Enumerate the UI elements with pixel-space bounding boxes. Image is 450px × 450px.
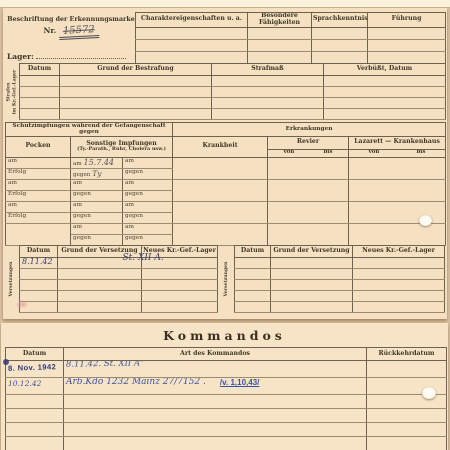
revier-empty-cell bbox=[268, 201, 349, 223]
kommandos-header-row: Datum Art des Kommandos Rückkehrdatum bbox=[6, 348, 447, 361]
lager-label: Lager: bbox=[7, 52, 34, 61]
empty-cell bbox=[271, 302, 353, 313]
impfungen-table: Schutzimpfungen während der Gefangenscha… bbox=[5, 122, 446, 246]
empty-cell bbox=[271, 269, 353, 280]
col-pocken: Pocken bbox=[6, 136, 71, 157]
am-label: am bbox=[123, 179, 173, 190]
hole-punch-upper bbox=[419, 215, 432, 226]
empty-cell bbox=[324, 98, 446, 109]
impf-row-7: am am bbox=[6, 223, 446, 234]
kdo-datum-2-cell: 10.12.42 bbox=[6, 378, 64, 395]
paper-edge-top bbox=[0, 0, 450, 8]
empty-cell bbox=[324, 76, 446, 87]
krankheit-empty-cell bbox=[173, 179, 268, 201]
empty-cell bbox=[367, 361, 447, 378]
empty-row bbox=[235, 269, 445, 280]
empty-cell bbox=[142, 269, 218, 280]
gegen-label: gegen bbox=[71, 190, 123, 201]
empty-cell bbox=[271, 258, 353, 269]
gegen-label: gegen bbox=[123, 212, 173, 223]
empty-cell bbox=[64, 395, 367, 409]
versetz-header-row: Datum Grund der Versetzung Neues Kr.-Gef… bbox=[20, 246, 218, 258]
empty-cell bbox=[353, 302, 445, 313]
empty-cell bbox=[271, 280, 353, 291]
empty-cell bbox=[235, 291, 271, 302]
versetzungen-side-label: Versetzungen bbox=[224, 262, 230, 297]
empty-cell bbox=[64, 409, 367, 423]
sonstige1-am-cell: am 15.7.44 bbox=[71, 157, 123, 168]
empty-cell bbox=[20, 269, 58, 280]
sonstige2-gegen-label: gegen bbox=[123, 168, 173, 179]
versetzungen-side-label-wrap-right: Versetzungen bbox=[220, 245, 234, 313]
empty-cell bbox=[20, 87, 60, 98]
revier-bis-label: bis bbox=[324, 150, 333, 156]
empty-cell bbox=[60, 98, 212, 109]
empty-row bbox=[20, 269, 218, 280]
empty-cell bbox=[136, 27, 248, 39]
empty-cell bbox=[60, 76, 212, 87]
kdo-datum-2-handwritten: 10.12.42 bbox=[8, 379, 41, 388]
empty-cell bbox=[312, 51, 368, 63]
kdo-art-2-cell: Arb.Kdo 1232 Mainz 27/7152 ./v. 1,10,43/ bbox=[64, 378, 367, 395]
empty-cell bbox=[368, 27, 446, 39]
empty-cell bbox=[367, 423, 447, 437]
empty-cell bbox=[353, 269, 445, 280]
erkrankungen-header: Erkrankungen bbox=[173, 123, 446, 137]
nr-label: Nr. bbox=[44, 26, 57, 35]
lazarett-bis-label: bis bbox=[417, 150, 426, 156]
empty-cell bbox=[248, 51, 312, 63]
empty-cell bbox=[58, 269, 142, 280]
am-label: am bbox=[6, 179, 71, 190]
empty-row bbox=[6, 395, 447, 409]
sonstige2-am-label: am bbox=[123, 157, 173, 168]
col-grund-der-bestrafung: Grund der Bestrafung bbox=[60, 64, 212, 76]
impf-row-1: am am 15.7.44 am bbox=[6, 157, 446, 168]
empty-cell bbox=[324, 109, 446, 120]
empty-cell bbox=[235, 280, 271, 291]
col-sonstige-impfungen: Sonstige Impfungen (Ty.-Parath., Ruhr, C… bbox=[71, 136, 173, 157]
kdo-art-2-handwritten: Arb.Kdo 1232 Mainz 27/7152 . bbox=[66, 378, 206, 388]
am-label: am bbox=[123, 201, 173, 212]
am-label: am bbox=[71, 223, 123, 234]
empty-cell bbox=[20, 280, 58, 291]
empty-cell bbox=[20, 109, 60, 120]
empty-cell bbox=[248, 27, 312, 39]
versetzungen-table-right-wrap: Datum Grund der Versetzung Neues Kr.-Gef… bbox=[234, 245, 445, 313]
strafen-side-label-wrap: Strafen im Kr.-Gef.-Lager bbox=[5, 63, 19, 120]
col-lazarett: Lazarett — Krankenhaus bbox=[349, 136, 446, 149]
empty-cell bbox=[64, 437, 367, 450]
strafen-header-row: Datum Grund der Bestrafung Strafmaß Verb… bbox=[20, 64, 446, 76]
empty-cell bbox=[248, 39, 312, 51]
empty-cell bbox=[312, 39, 368, 51]
erkennungsmarke-block: Beschriftung der Erkennungsmarke Nr. 155… bbox=[7, 13, 135, 61]
kdo-art-1-cell: 8.11.42. St. XII A" bbox=[64, 361, 367, 378]
empty-cell bbox=[6, 409, 64, 423]
empty-cell bbox=[6, 395, 64, 409]
empty-row bbox=[235, 291, 445, 302]
empty-cell bbox=[6, 437, 64, 450]
strafen-table: Datum Grund der Bestrafung Strafmaß Verb… bbox=[19, 63, 446, 120]
revier-von-label: von bbox=[284, 150, 295, 156]
empty-cell bbox=[136, 51, 248, 63]
am-label: am bbox=[71, 179, 123, 190]
col-sprachkenntnisse: Sprachkenntnisse bbox=[312, 13, 368, 28]
col-datum: Datum bbox=[20, 64, 60, 76]
kdo-datum-1-cell: 8. Nov. 1942 bbox=[6, 361, 64, 378]
empty-row bbox=[6, 423, 447, 437]
col-datum: Datum bbox=[20, 246, 58, 258]
lazarett-empty-cell bbox=[349, 157, 446, 179]
col-datum: Datum bbox=[6, 348, 64, 361]
empty-cell bbox=[60, 109, 212, 120]
empty-cell bbox=[235, 302, 271, 313]
erfolg-label: Erfolg bbox=[6, 212, 71, 223]
empty-cell bbox=[367, 437, 447, 450]
empty-row bbox=[20, 98, 446, 109]
empty-cell bbox=[60, 87, 212, 98]
versetzungen-side-label: Versetzungen bbox=[9, 262, 15, 297]
empty-cell bbox=[312, 27, 368, 39]
col-besondere-faehigkeiten: Besondere Fähigkeiten bbox=[248, 13, 312, 28]
empty-row bbox=[136, 39, 446, 51]
col-charaktereigenschaften: Charaktereigenschaften u. a. bbox=[136, 13, 248, 28]
date-stamp: 8. Nov. 1942 bbox=[8, 362, 56, 373]
revier-empty-cell bbox=[268, 179, 349, 201]
gegen-label: gegen bbox=[123, 234, 173, 245]
versetzungen-table-right: Datum Grund der Versetzung Neues Kr.-Gef… bbox=[234, 245, 445, 313]
empty-row bbox=[20, 302, 218, 313]
kdo-note-stamp: /v. 1,10,43/ bbox=[220, 378, 259, 387]
empty-row bbox=[6, 437, 447, 450]
kommandos-table-wrap: Datum Art des Kommandos Rückkehrdatum 8.… bbox=[5, 347, 446, 450]
gegen-label: gegen bbox=[123, 190, 173, 201]
kommandos-row-2: 10.12.42 Arb.Kdo 1232 Mainz 27/7152 ./v.… bbox=[6, 378, 447, 395]
empty-cell bbox=[58, 280, 142, 291]
empty-cell bbox=[353, 258, 445, 269]
col-verbuesst-datum: Verbüßt, Datum bbox=[324, 64, 446, 76]
strafen-side-line2: im Kr.-Gef.-Lager bbox=[12, 69, 18, 114]
kommandos-title: Kommandos bbox=[1, 328, 448, 343]
col-fuehrung: Führung bbox=[368, 13, 446, 28]
empty-cell bbox=[368, 51, 446, 63]
revier-von-bis: vonbis bbox=[268, 149, 349, 157]
hole-punch-lower bbox=[422, 387, 436, 399]
nr-value-handwritten: 15572 bbox=[58, 24, 98, 40]
lager-fill-line bbox=[36, 52, 126, 59]
empty-row bbox=[20, 280, 218, 291]
am-label: am bbox=[123, 223, 173, 234]
ink-blot bbox=[3, 359, 9, 365]
krankheit-empty-cell bbox=[173, 223, 268, 245]
empty-row bbox=[6, 409, 447, 423]
versetzungen-side-text: Versetzungen bbox=[9, 262, 15, 297]
versetzungen-table-left-wrap: Datum Grund der Versetzung Neues Kr.-Gef… bbox=[19, 245, 218, 313]
erfolg-label: Erfolg bbox=[6, 190, 71, 201]
schutzimpfungen-header: Schutzimpfungen während der Gefangenscha… bbox=[6, 123, 173, 137]
sonstige-line2: (Ty.-Parath., Ruhr, Cholera usw.) bbox=[72, 147, 171, 152]
col-neues-kr-gef-lager: Neues Kr.-Gef.-Lager bbox=[353, 246, 445, 258]
strafen-section: Strafen im Kr.-Gef.-Lager Datum Grund de… bbox=[5, 63, 445, 120]
empty-cell bbox=[142, 291, 218, 302]
empty-row bbox=[20, 76, 446, 87]
lazarett-empty-cell bbox=[349, 179, 446, 201]
empty-row bbox=[136, 27, 446, 39]
col-grund-der-versetzung: Grund der Versetzung bbox=[271, 246, 353, 258]
impf-datum-handwritten: 15.7.44 bbox=[83, 158, 114, 167]
kommandos-row-1: 8. Nov. 1942 8.11.42. St. XII A" bbox=[6, 361, 447, 378]
revier-empty-cell bbox=[268, 157, 349, 179]
empty-cell bbox=[368, 39, 446, 51]
empty-cell bbox=[324, 87, 446, 98]
impf-group-header-row: Schutzimpfungen während der Gefangenscha… bbox=[6, 123, 446, 137]
krankheit-empty-cell bbox=[173, 157, 268, 179]
nr-row: Nr. 15572 bbox=[7, 25, 135, 39]
empty-cell bbox=[142, 280, 218, 291]
empty-cell bbox=[353, 280, 445, 291]
versetzungen-table-left: Datum Grund der Versetzung Neues Kr.-Gef… bbox=[19, 245, 218, 313]
impf-subheader-row: Pocken Sonstige Impfungen (Ty.-Parath., … bbox=[6, 136, 446, 149]
empty-cell bbox=[142, 302, 218, 313]
col-datum: Datum bbox=[235, 246, 271, 258]
pow-card-lower-kommandos: Kommandos Datum Art des Kommandos Rückke… bbox=[1, 323, 448, 450]
versetz-header-row: Datum Grund der Versetzung Neues Kr.-Gef… bbox=[235, 246, 445, 258]
empty-row bbox=[20, 291, 218, 302]
sonstige1-gegen-cell: gegen Ty bbox=[71, 168, 123, 179]
impf-row-5: am am am bbox=[6, 201, 446, 212]
empty-cell bbox=[212, 87, 324, 98]
empty-cell bbox=[235, 258, 271, 269]
empty-cell bbox=[20, 76, 60, 87]
lazarett-von-label: von bbox=[369, 150, 380, 156]
col-revier: Revier bbox=[268, 136, 349, 149]
pink-smudge bbox=[17, 302, 27, 307]
lazarett-empty-cell bbox=[349, 223, 446, 245]
col-strafmass: Strafmaß bbox=[212, 64, 324, 76]
empty-row bbox=[136, 51, 446, 63]
empty-cell bbox=[64, 423, 367, 437]
empty-cell bbox=[212, 109, 324, 120]
traits-header-row: Charaktereigenschaften u. a. Besondere F… bbox=[136, 13, 446, 28]
empty-cell bbox=[6, 423, 64, 437]
kdo-art-1-handwritten: 8.11.42. St. XII A" bbox=[66, 361, 144, 370]
impf-row-3: am am am bbox=[6, 179, 446, 190]
empty-row bbox=[235, 258, 445, 269]
empty-row bbox=[20, 87, 446, 98]
am-label: am bbox=[73, 161, 82, 167]
pocken-erfolg-label: Erfolg bbox=[6, 168, 71, 179]
col-krankheit: Krankheit bbox=[173, 136, 268, 157]
erkennungsmarke-title: Beschriftung der Erkennungsmarke bbox=[7, 16, 135, 23]
empty-row bbox=[235, 280, 445, 291]
gegen-label: gegen bbox=[71, 234, 123, 245]
traits-table: Charaktereigenschaften u. a. Besondere F… bbox=[135, 12, 445, 64]
empty-cell bbox=[212, 76, 324, 87]
lager-row: Lager: bbox=[7, 52, 126, 61]
col-art-des-kommandos: Art des Kommandos bbox=[64, 348, 367, 361]
krankheit-empty-cell bbox=[173, 201, 268, 223]
versetz-lager-handwritten: St. XII A. bbox=[122, 253, 163, 263]
gegen-label: gegen bbox=[71, 212, 123, 223]
impf-gegen-handwritten: Ty bbox=[92, 169, 101, 178]
am-label: am bbox=[6, 201, 71, 212]
empty-cell bbox=[58, 302, 142, 313]
empty-row bbox=[20, 109, 446, 120]
versetzungen-side-text: Versetzungen bbox=[224, 262, 230, 297]
empty-cell bbox=[212, 98, 324, 109]
pocken-empty-cell bbox=[6, 223, 71, 245]
empty-cell bbox=[367, 409, 447, 423]
versetz-datum-handwritten: 8.11.42 bbox=[22, 258, 53, 267]
pow-card-upper: Beschriftung der Erkennungsmarke Nr. 155… bbox=[3, 8, 447, 319]
col-rueckkehrdatum: Rückkehrdatum bbox=[367, 348, 447, 361]
empty-cell bbox=[235, 269, 271, 280]
empty-cell bbox=[353, 291, 445, 302]
revier-empty-cell bbox=[268, 223, 349, 245]
impfungen-erkrankungen-section: Schutzimpfungen während der Gefangenscha… bbox=[5, 122, 445, 246]
empty-cell bbox=[20, 291, 58, 302]
gegen-label: gegen bbox=[73, 172, 90, 178]
pocken-am-label: am bbox=[6, 157, 71, 168]
strafen-side-label: Strafen im Kr.-Gef.-Lager bbox=[6, 69, 17, 114]
versetz-datum-cell: 8.11.42 bbox=[20, 258, 58, 269]
empty-cell bbox=[58, 291, 142, 302]
empty-cell bbox=[136, 39, 248, 51]
versetzungen-section: Versetzungen Datum Grund der Versetzung … bbox=[5, 245, 445, 313]
empty-row bbox=[235, 302, 445, 313]
empty-cell bbox=[20, 98, 60, 109]
versetz-row-1: 8.11.42 bbox=[20, 258, 218, 269]
kommandos-table: Datum Art des Kommandos Rückkehrdatum 8.… bbox=[5, 347, 447, 450]
empty-cell bbox=[271, 291, 353, 302]
am-label: am bbox=[71, 201, 123, 212]
lazarett-von-bis: vonbis bbox=[349, 149, 446, 157]
